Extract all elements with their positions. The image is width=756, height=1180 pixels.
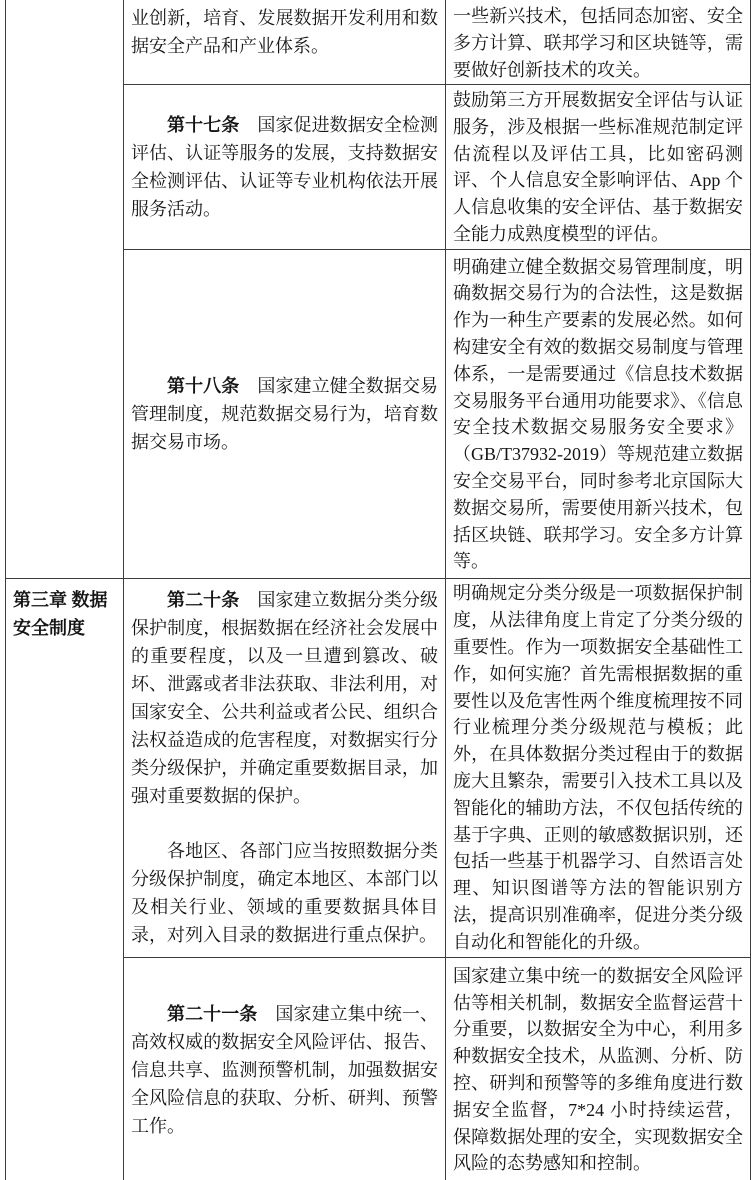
article-cell-18: 第十八条 国家建立健全数据交易管理制度，规范数据交易行为，培育数据交易市场。	[124, 250, 446, 579]
article-number: 第十八条	[167, 376, 239, 396]
comment-paragraph: 明确建立健全数据交易管理制度，明确数据交易行为的合法性，这是数据作为一种生产要素…	[453, 254, 743, 576]
comment-paragraph: 一些新兴技术，包括同态加密、安全多方计算、联邦学习和区块链等，需要做好创新技术的…	[453, 3, 743, 83]
chapter-cell-previous	[6, 0, 124, 579]
article-paragraph: 第二十一条 国家建立集中统一、高效权威的数据安全风险评估、报告、信息共享、监测预…	[131, 1000, 438, 1140]
article-cell-20: 第二十条 国家建立数据分类分级保护制度，根据数据在经济社会发展中的重要程度，以及…	[124, 579, 446, 957]
article-cell-17: 第十七条 国家促进数据安全检测评估、认证等服务的发展，支持数据安全检测评估、认证…	[124, 85, 446, 250]
article-paragraph: 第十七条 国家促进数据安全检测评估、认证等服务的发展，支持数据安全检测评估、认证…	[131, 111, 438, 223]
article-paragraph: 业创新，培育、发展数据开发利用和数据安全产品和产业体系。	[131, 4, 438, 60]
comment-cell: 一些新兴技术，包括同态加密、安全多方计算、联邦学习和区块链等，需要做好创新技术的…	[446, 0, 751, 85]
article-cell-21: 第二十一条 国家建立集中统一、高效权威的数据安全风险评估、报告、信息共享、监测预…	[124, 957, 446, 1180]
comment-cell: 国家建立集中统一的数据安全风险评估等相关机制，数据安全监督运营十分重要，以数据安…	[446, 957, 751, 1180]
comment-paragraph: 国家建立集中统一的数据安全风险评估等相关机制，数据安全监督运营十分重要，以数据安…	[453, 963, 743, 1177]
comment-paragraph: 鼓励第三方开展数据安全评估与认证服务，涉及根据一些标准规范制定评估流程以及评估工…	[453, 87, 743, 248]
law-commentary-table: 业创新，培育、发展数据开发利用和数据安全产品和产业体系。 一些新兴技术，包括同态…	[5, 0, 751, 1180]
article-number: 第二十一条	[167, 1004, 257, 1024]
article-paragraph-2: 各地区、各部门应当按照数据分类分级保护制度，确定本地区、本部门以及相关行业、领域…	[131, 837, 438, 949]
comment-cell: 鼓励第三方开展数据安全评估与认证服务，涉及根据一些标准规范制定评估流程以及评估工…	[446, 85, 751, 250]
comment-cell: 明确建立健全数据交易管理制度，明确数据交易行为的合法性，这是数据作为一种生产要素…	[446, 250, 751, 579]
article-paragraph: 第十八条 国家建立健全数据交易管理制度，规范数据交易行为，培育数据交易市场。	[131, 372, 438, 456]
article-number: 第十七条	[167, 115, 239, 135]
comment-paragraph: 明确规定分类分级是一项数据保护制度，从法律角度上肯定了分类分级的重要性。作为一项…	[453, 580, 743, 955]
document-page: 业创新，培育、发展数据开发利用和数据安全产品和产业体系。 一些新兴技术，包括同态…	[0, 0, 756, 1180]
comment-cell: 明确规定分类分级是一项数据保护制度，从法律角度上肯定了分类分级的重要性。作为一项…	[446, 579, 751, 957]
article-paragraph: 第二十条 国家建立数据分类分级保护制度，根据数据在经济社会发展中的重要程度，以及…	[131, 586, 438, 810]
article-text: 国家建立数据分类分级保护制度，根据数据在经济社会发展中的重要程度，以及一旦遭到篡…	[131, 590, 438, 806]
chapter-cell-3: 第三章 数据安全制度	[6, 579, 124, 1180]
article-number: 第二十条	[167, 590, 239, 610]
article-cell-continuation: 业创新，培育、发展数据开发利用和数据安全产品和产业体系。	[124, 0, 446, 85]
